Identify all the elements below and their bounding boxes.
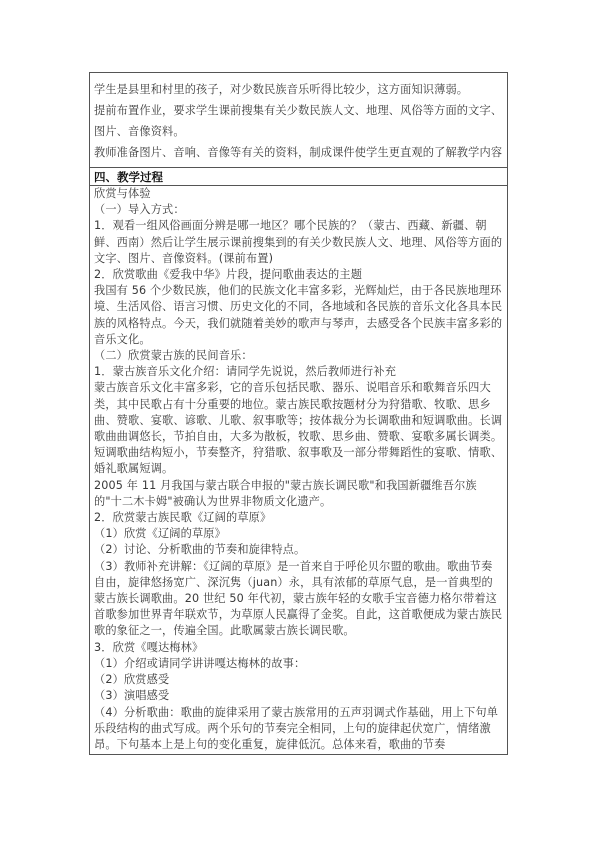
process-line: （1）介绍或请同学讲讲嘎达梅林的故事： — [94, 656, 503, 672]
process-line: （2）欣赏感受 — [94, 672, 503, 688]
section-title: 四、教学过程 — [94, 170, 503, 185]
section-heading-cell: 四、教学过程 — [90, 168, 507, 186]
student-analysis-text: 学生是县里和村里的孩子，对少数民族音乐听得比较少，这方面知识薄弱。 — [94, 79, 503, 100]
process-line: 1．观看一组风俗画面分辨是哪一地区？哪个民族的？（蒙古、西藏、新疆、朝鲜、西南）… — [94, 218, 503, 267]
preparation-cell: 学生是县里和村里的孩子，对少数民族音乐听得比较少，这方面知识薄弱。 提前布置作业… — [90, 73, 507, 168]
process-line: （4）分析歌曲：歌曲的旋律采用了蒙古族常用的五声羽调式作基础，用上下句单乐段结构… — [94, 705, 503, 754]
process-line: 2．欣赏歌曲《爱我中华》片段，提问歌曲表达的主题 — [94, 267, 503, 283]
process-line: （1）欣赏《辽阔的草原》 — [94, 526, 503, 542]
process-line: 3．欣赏《嘎达梅林》 — [94, 640, 503, 656]
lesson-plan-table: 学生是县里和村里的孩子，对少数民族音乐听得比较少，这方面知识薄弱。 提前布置作业… — [89, 72, 508, 755]
process-line: （一）导入方式： — [94, 202, 503, 218]
process-line: 1．蒙古族音乐文化介绍：请同学先说说，然后教师进行补充 — [94, 364, 503, 380]
process-line: （二）欣赏蒙古族的民间音乐： — [94, 348, 503, 364]
process-line: （3）演唱感受 — [94, 688, 503, 704]
process-line: 我国有 56 个少数民族，他们的民族文化丰富多彩，光辉灿烂，由于各民族地理环境、… — [94, 283, 503, 348]
teacher-preparation-text: 教师准备图片、音响、音像等有关的资料，制成课件使学生更直观的了解教学内容 — [94, 142, 503, 163]
process-line: （2）讨论、分析歌曲的节奏和旋律特点。 — [94, 542, 503, 558]
process-line: 2005 年 11 月我国与蒙古联合申报的"蒙古族长调民歌"和我国新疆维吾尔族的… — [94, 478, 503, 510]
teaching-process-cell: 欣赏与体验 （一）导入方式： 1．观看一组风俗画面分辨是哪一地区？哪个民族的？（… — [90, 186, 507, 754]
process-line: 欣赏与体验 — [94, 186, 503, 202]
process-line: 2．欣赏蒙古族民歌《辽阔的草原》 — [94, 510, 503, 526]
process-line: 蒙古族音乐文化丰富多彩，它的音乐包括民歌、器乐、说唱音乐和歌舞音乐四大类，其中民… — [94, 380, 503, 477]
student-homework-text: 提前布置作业，要求学生课前搜集有关少数民族人文、地理、风俗等方面的文字、图片、音… — [94, 100, 503, 142]
process-line: （3）教师补充讲解：《辽阔的草原》是一首来自于呼伦贝尔盟的歌曲。歌曲节奏自由，旋… — [94, 559, 503, 640]
